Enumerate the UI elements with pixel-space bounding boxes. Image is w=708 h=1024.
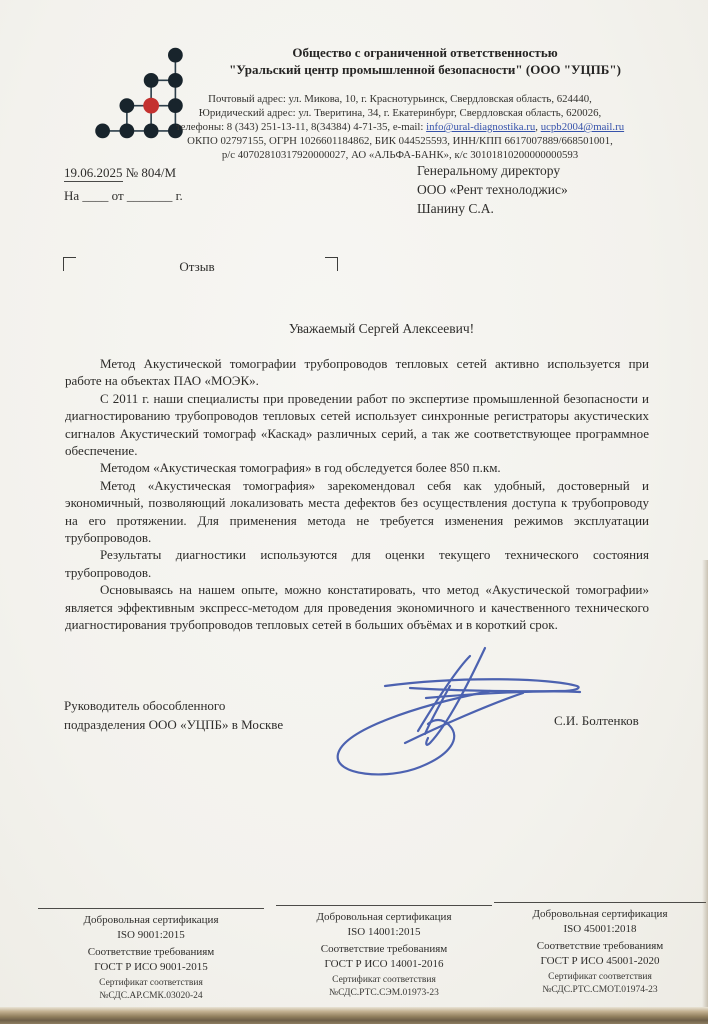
recipient-person: Шанину С.А. bbox=[417, 199, 568, 218]
letterhead-contacts: Почтовый адрес: ул. Микова, 10, г. Красн… bbox=[120, 92, 680, 162]
cert-iso-standard: ISO 45001:2018 bbox=[494, 922, 706, 937]
signer-name: С.И. Болтенков bbox=[554, 713, 639, 729]
cert-certificate-label: Сертификат соответствия bbox=[38, 977, 264, 990]
cert-iso-standard: ISO 9001:2015 bbox=[38, 928, 264, 943]
doc-date: 19.06.2025 bbox=[64, 165, 123, 182]
recipient-title: Генеральному директору bbox=[417, 161, 568, 180]
cert-compliance-label: Соответствие требованиям bbox=[276, 942, 492, 957]
certification-column-iso9001: Добровольная сертификация ISO 9001:2015 … bbox=[38, 908, 264, 1002]
greeting-line: Уважаемый Сергей Алексеевич! bbox=[65, 321, 698, 337]
recipient-company: ООО «Рент технолоджис» bbox=[417, 180, 568, 199]
certification-column-iso45001: Добровольная сертификация ISO 45001:2018… bbox=[494, 902, 706, 996]
certification-column-iso14001: Добровольная сертификация ISO 14001:2015… bbox=[276, 905, 492, 999]
body-paragraph: Метод «Акустическая томография» зарекоме… bbox=[65, 477, 649, 547]
requisites-line-2: р/с 40702810317920000027, АО «АЛЬФА-БАНК… bbox=[120, 148, 680, 162]
email-link-primary[interactable]: info@ural-diagnostika.ru bbox=[426, 121, 535, 133]
cert-iso-standard: ISO 14001:2015 bbox=[276, 925, 492, 940]
subject-title: Отзыв bbox=[147, 259, 247, 275]
doc-number: № 804/М bbox=[123, 165, 177, 180]
body-paragraph: Методом «Акустическая томография» в год … bbox=[65, 459, 649, 476]
cert-compliance-label: Соответствие требованиям bbox=[494, 939, 706, 954]
email-link-secondary[interactable]: ucpb2004@mail.ru bbox=[541, 121, 624, 133]
cert-gost-standard: ГОСТ Р ИСО 14001-2016 bbox=[276, 957, 492, 972]
legal-address-line: Юридический адрес: ул. Тверитина, 34, г.… bbox=[120, 106, 680, 120]
cert-certificate-number: №СДС.АР.СМК.03020-24 bbox=[38, 990, 264, 1003]
cert-voluntary-label: Добровольная сертификация bbox=[276, 910, 492, 925]
letterhead-org-block: Общество с ограниченной ответственностью… bbox=[190, 44, 660, 78]
cert-certificate-number: №СДС.РТС.СМОТ.01974-23 bbox=[494, 984, 706, 997]
reference-block: 19.06.2025 № 804/М На ____ от _______ г. bbox=[64, 161, 183, 207]
requisites-line-1: ОКПО 02797155, ОГРН 1026601184862, БИК 0… bbox=[120, 134, 680, 148]
cert-certificate-number: №СДС.РТС.СЭМ.01973-23 bbox=[276, 987, 492, 1000]
cert-voluntary-label: Добровольная сертификация bbox=[38, 913, 264, 928]
letter-body: Метод Акустической томографии трубопрово… bbox=[65, 355, 649, 634]
body-paragraph: Основываясь на нашем опыте, можно конста… bbox=[65, 581, 649, 633]
body-paragraph: Метод Акустической томографии трубопрово… bbox=[65, 355, 649, 390]
body-paragraph: Результаты диагностики используются для … bbox=[65, 546, 649, 581]
org-name-line: "Уральский центр промышленной безопаснос… bbox=[190, 61, 660, 78]
cert-compliance-label: Соответствие требованиям bbox=[38, 945, 264, 960]
cert-certificate-label: Сертификат соответствия bbox=[276, 974, 492, 987]
body-paragraph: С 2011 г. наши специалисты при проведени… bbox=[65, 390, 649, 460]
corner-mark-left-icon bbox=[63, 257, 76, 271]
scan-bottom-edge bbox=[0, 1007, 708, 1024]
scanned-letter-page: Общество с ограниченной ответственностью… bbox=[0, 0, 708, 1024]
scan-right-edge-shadow bbox=[702, 560, 708, 1024]
corner-mark-right-icon bbox=[325, 257, 338, 271]
signer-position: Руководитель обособленного подразделения… bbox=[64, 696, 283, 734]
reply-blank-line: На ____ от _______ г. bbox=[64, 184, 183, 207]
phones-prefix: телефоны: 8 (343) 251-13-11, 8(34384) 4-… bbox=[176, 121, 426, 133]
org-type-line: Общество с ограниченной ответственностью bbox=[190, 44, 660, 61]
cert-voluntary-label: Добровольная сертификация bbox=[494, 907, 706, 922]
cert-certificate-label: Сертификат соответствия bbox=[494, 971, 706, 984]
cert-gost-standard: ГОСТ Р ИСО 45001-2020 bbox=[494, 954, 706, 969]
phones-line: телефоны: 8 (343) 251-13-11, 8(34384) 4-… bbox=[120, 120, 680, 134]
recipient-block: Генеральному директору ООО «Рент техноло… bbox=[417, 161, 568, 218]
postal-address-line: Почтовый адрес: ул. Микова, 10, г. Красн… bbox=[120, 92, 680, 106]
doc-date-number-line: 19.06.2025 № 804/М bbox=[64, 161, 183, 184]
cert-gost-standard: ГОСТ Р ИСО 9001-2015 bbox=[38, 960, 264, 975]
signer-position-line-1: Руководитель обособленного bbox=[64, 696, 283, 715]
signer-position-line-2: подразделения ООО «УЦПБ» в Москве bbox=[64, 715, 283, 734]
